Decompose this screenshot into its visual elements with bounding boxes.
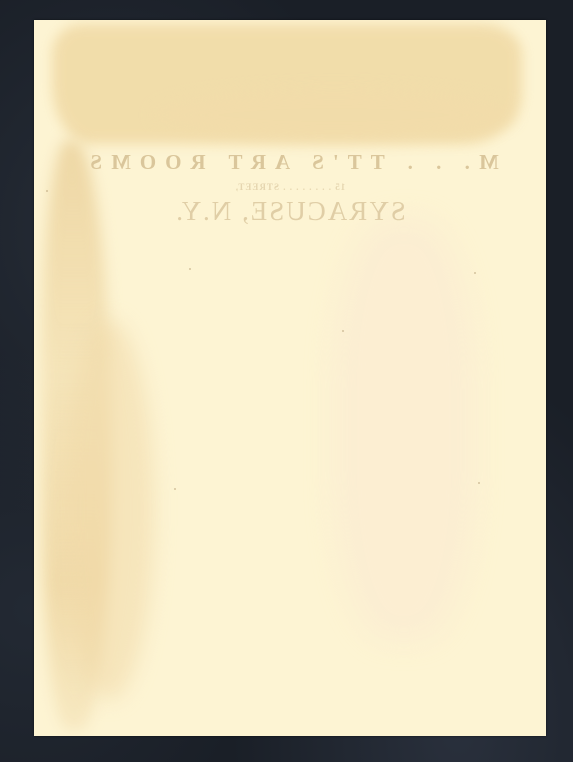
bleed-text-street-address: 15 . . . . . . . . STREET, [34,182,546,192]
faint-pink-tint [334,220,474,640]
bleed-text-studio-name: M. . . TT'S ART ROOMS [34,150,546,175]
paper-speck [46,190,48,192]
paper-speck [478,482,480,484]
water-stain-left-inner [64,320,154,700]
paper-speck [174,488,176,490]
water-stain-top-inner [154,90,514,140]
bleed-text-city: SYRACUSE, N.Y. [34,196,546,227]
cabinet-card-back: M. . . TT'S ART ROOMS 15 . . . . . . . .… [34,20,546,736]
paper-speck [474,272,476,274]
paper-speck [342,330,344,332]
paper-speck [189,268,191,270]
